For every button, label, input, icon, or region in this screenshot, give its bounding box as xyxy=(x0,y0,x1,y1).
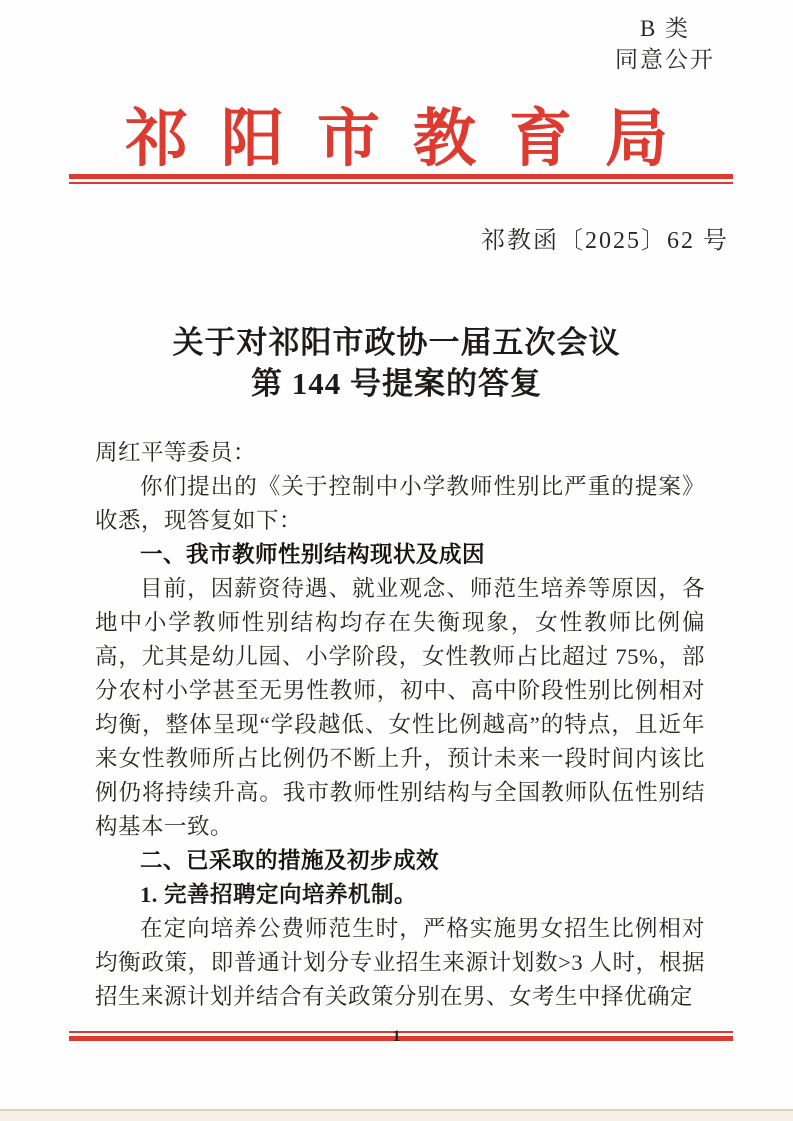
agency-name: 祁阳市教育局 xyxy=(0,88,793,179)
header-separator-thin-line xyxy=(69,182,733,184)
doc-number: 祁教函〔2025〕62 号 xyxy=(481,220,729,255)
header-separator xyxy=(69,174,733,184)
classification-label: B 类 xyxy=(606,13,724,44)
page-number: 1 xyxy=(0,1028,793,1046)
body-paragraph: 你们提出的《关于控制中小学教师性别比严重的提案》收悉，现答复如下： xyxy=(95,470,705,538)
document-title: 关于对祁阳市政协一届五次会议 第 144 号提案的答复 xyxy=(0,322,793,404)
body-paragraph: 周红平等委员： xyxy=(95,436,705,470)
body-paragraph: 目前，因薪资待遇、就业观念、师范生培养等原因，各地中小学教师性别结构均存在失衡现… xyxy=(95,572,705,844)
body-paragraph: 1. 完善招聘定向培养机制。 xyxy=(95,878,705,912)
document-page: B 类 同意公开 祁阳市教育局 祁教函〔2025〕62 号 关于对祁阳市政协一届… xyxy=(0,0,793,1121)
body-paragraph: 二、已采取的措施及初步成效 xyxy=(95,844,705,878)
disclosure-label: 同意公开 xyxy=(606,44,724,75)
body: 周红平等委员：你们提出的《关于控制中小学教师性别比严重的提案》收悉，现答复如下：… xyxy=(95,436,705,1014)
title-line-2: 第 144 号提案的答复 xyxy=(0,363,793,404)
title-line-1: 关于对祁阳市政协一届五次会议 xyxy=(0,322,793,363)
scan-bottom-edge xyxy=(0,1109,793,1121)
body-paragraph: 一、我市教师性别结构现状及成因 xyxy=(95,538,705,572)
body-paragraph: 在定向培养公费师范生时，严格实施男女招生比例相对均衡政策，即普通计划分专业招生来… xyxy=(95,912,705,1014)
classification-block: B 类 同意公开 xyxy=(606,13,724,75)
